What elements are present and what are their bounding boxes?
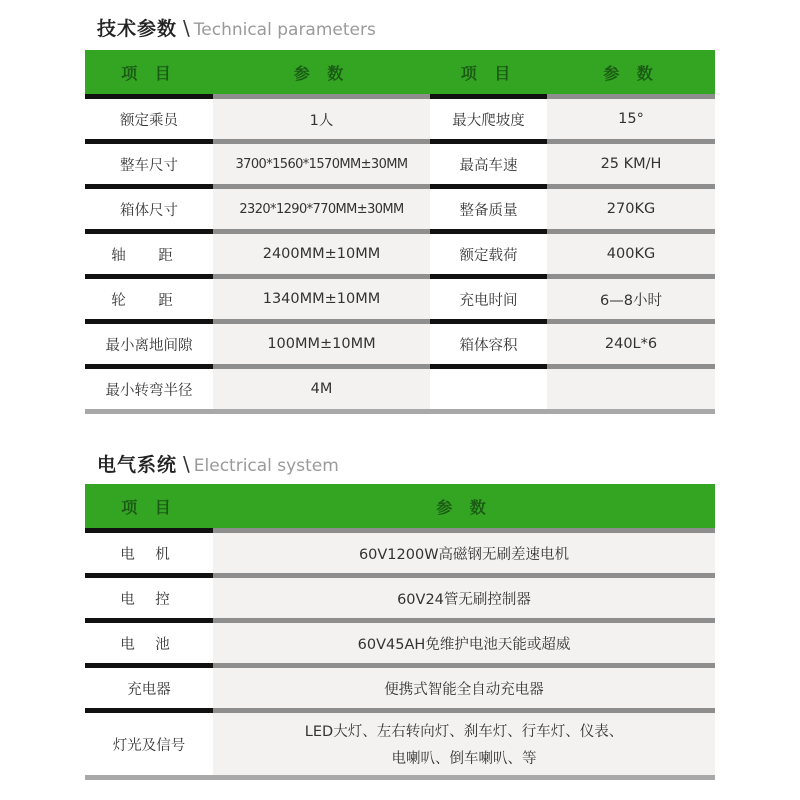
table-row: 轴 距 2400MM±10MM 额定载荷 400KG bbox=[85, 232, 715, 277]
table-row: 电 池 60V45AH免维护电池天能或超威 bbox=[85, 621, 715, 666]
header-item: 项 目 bbox=[430, 50, 547, 97]
title-separator: \ bbox=[183, 16, 190, 40]
value-line: LED大灯、左右转向灯、刹车灯、行车灯、仪表、 bbox=[213, 720, 715, 741]
electrical-system-table: 项 目 参 数 电 机 60V1200W高磁钢无刷差速电机 电 控 60V24管… bbox=[85, 484, 715, 780]
row-label: 电 机 bbox=[85, 531, 213, 576]
row-label: 最小离地间隙 bbox=[85, 322, 213, 367]
row-value: 2320*1290*770MM±30MM bbox=[213, 187, 430, 232]
row-value: 400KG bbox=[547, 232, 715, 277]
row-label: 最大爬坡度 bbox=[430, 97, 547, 142]
row-value: 2400MM±10MM bbox=[213, 232, 430, 277]
table-row: 箱体尺寸 2320*1290*770MM±30MM 整备质量 270KG bbox=[85, 187, 715, 232]
technical-title-zh: 技术参数 bbox=[97, 14, 177, 41]
row-value: LED大灯、左右转向灯、刹车灯、行车灯、仪表、 电喇叭、倒车喇叭、等 bbox=[213, 711, 715, 778]
row-label: 轮 距 bbox=[85, 277, 213, 322]
technical-parameters-table: 项 目 参 数 项 目 参 数 额定乘员 1人 最大爬坡度 15° 整车尺寸 3… bbox=[85, 50, 715, 414]
row-label: 额定乘员 bbox=[85, 97, 213, 142]
technical-title-en: Technical parameters bbox=[194, 20, 376, 40]
title-separator: \ bbox=[183, 452, 190, 476]
header-param: 参 数 bbox=[547, 50, 715, 97]
value-line: 电喇叭、倒车喇叭、等 bbox=[213, 747, 715, 768]
table-header-row: 项 目 参 数 bbox=[85, 484, 715, 531]
row-label: 灯光及信号 bbox=[85, 711, 213, 778]
row-label: 额定载荷 bbox=[430, 232, 547, 277]
technical-section-title: 技术参数 \ Technical parameters bbox=[97, 14, 376, 41]
row-label: 箱体尺寸 bbox=[85, 187, 213, 232]
row-label: 轴 距 bbox=[85, 232, 213, 277]
row-value: 4M bbox=[213, 367, 430, 412]
header-param: 参 数 bbox=[213, 50, 430, 97]
row-label: 充电器 bbox=[85, 666, 213, 711]
row-label: 整备质量 bbox=[430, 187, 547, 232]
row-value: 6—8小时 bbox=[547, 277, 715, 322]
row-value: 便携式智能全自动充电器 bbox=[213, 666, 715, 711]
row-value: 15° bbox=[547, 97, 715, 142]
header-item: 项 目 bbox=[85, 484, 213, 531]
row-label: 箱体容积 bbox=[430, 322, 547, 367]
row-value: 1340MM±10MM bbox=[213, 277, 430, 322]
table-row: 最小转弯半径 4M bbox=[85, 367, 715, 412]
row-value: 240L*6 bbox=[547, 322, 715, 367]
row-label: 电 池 bbox=[85, 621, 213, 666]
row-label: 整车尺寸 bbox=[85, 142, 213, 187]
table-row: 轮 距 1340MM±10MM 充电时间 6—8小时 bbox=[85, 277, 715, 322]
row-label: 充电时间 bbox=[430, 277, 547, 322]
row-label: 最高车速 bbox=[430, 142, 547, 187]
table-row: 电 机 60V1200W高磁钢无刷差速电机 bbox=[85, 531, 715, 576]
table-row: 灯光及信号 LED大灯、左右转向灯、刹车灯、行车灯、仪表、 电喇叭、倒车喇叭、等 bbox=[85, 711, 715, 778]
row-label: 电 控 bbox=[85, 576, 213, 621]
electrical-title-zh: 电气系统 bbox=[97, 450, 177, 477]
table-bottom-rule bbox=[85, 412, 715, 415]
table-row: 额定乘员 1人 最大爬坡度 15° bbox=[85, 97, 715, 142]
row-label: 最小转弯半径 bbox=[85, 367, 213, 412]
table-row: 最小离地间隙 100MM±10MM 箱体容积 240L*6 bbox=[85, 322, 715, 367]
row-value: 60V1200W高磁钢无刷差速电机 bbox=[213, 531, 715, 576]
row-value: 60V24管无刷控制器 bbox=[213, 576, 715, 621]
header-param: 参 数 bbox=[213, 484, 715, 531]
row-value: 100MM±10MM bbox=[213, 322, 430, 367]
header-item: 项 目 bbox=[85, 50, 213, 97]
table-bottom-rule bbox=[85, 778, 715, 781]
table-row: 充电器 便携式智能全自动充电器 bbox=[85, 666, 715, 711]
table-header-row: 项 目 参 数 项 目 参 数 bbox=[85, 50, 715, 97]
row-value bbox=[547, 367, 715, 412]
row-value: 25 KM/H bbox=[547, 142, 715, 187]
table-row: 电 控 60V24管无刷控制器 bbox=[85, 576, 715, 621]
table-row: 整车尺寸 3700*1560*1570MM±30MM 最高车速 25 KM/H bbox=[85, 142, 715, 187]
row-value: 1人 bbox=[213, 97, 430, 142]
electrical-title-en: Electrical system bbox=[194, 456, 339, 476]
row-label bbox=[430, 367, 547, 412]
row-value: 3700*1560*1570MM±30MM bbox=[213, 142, 430, 187]
row-value: 270KG bbox=[547, 187, 715, 232]
row-value: 60V45AH免维护电池天能或超威 bbox=[213, 621, 715, 666]
electrical-section-title: 电气系统 \ Electrical system bbox=[97, 450, 339, 477]
